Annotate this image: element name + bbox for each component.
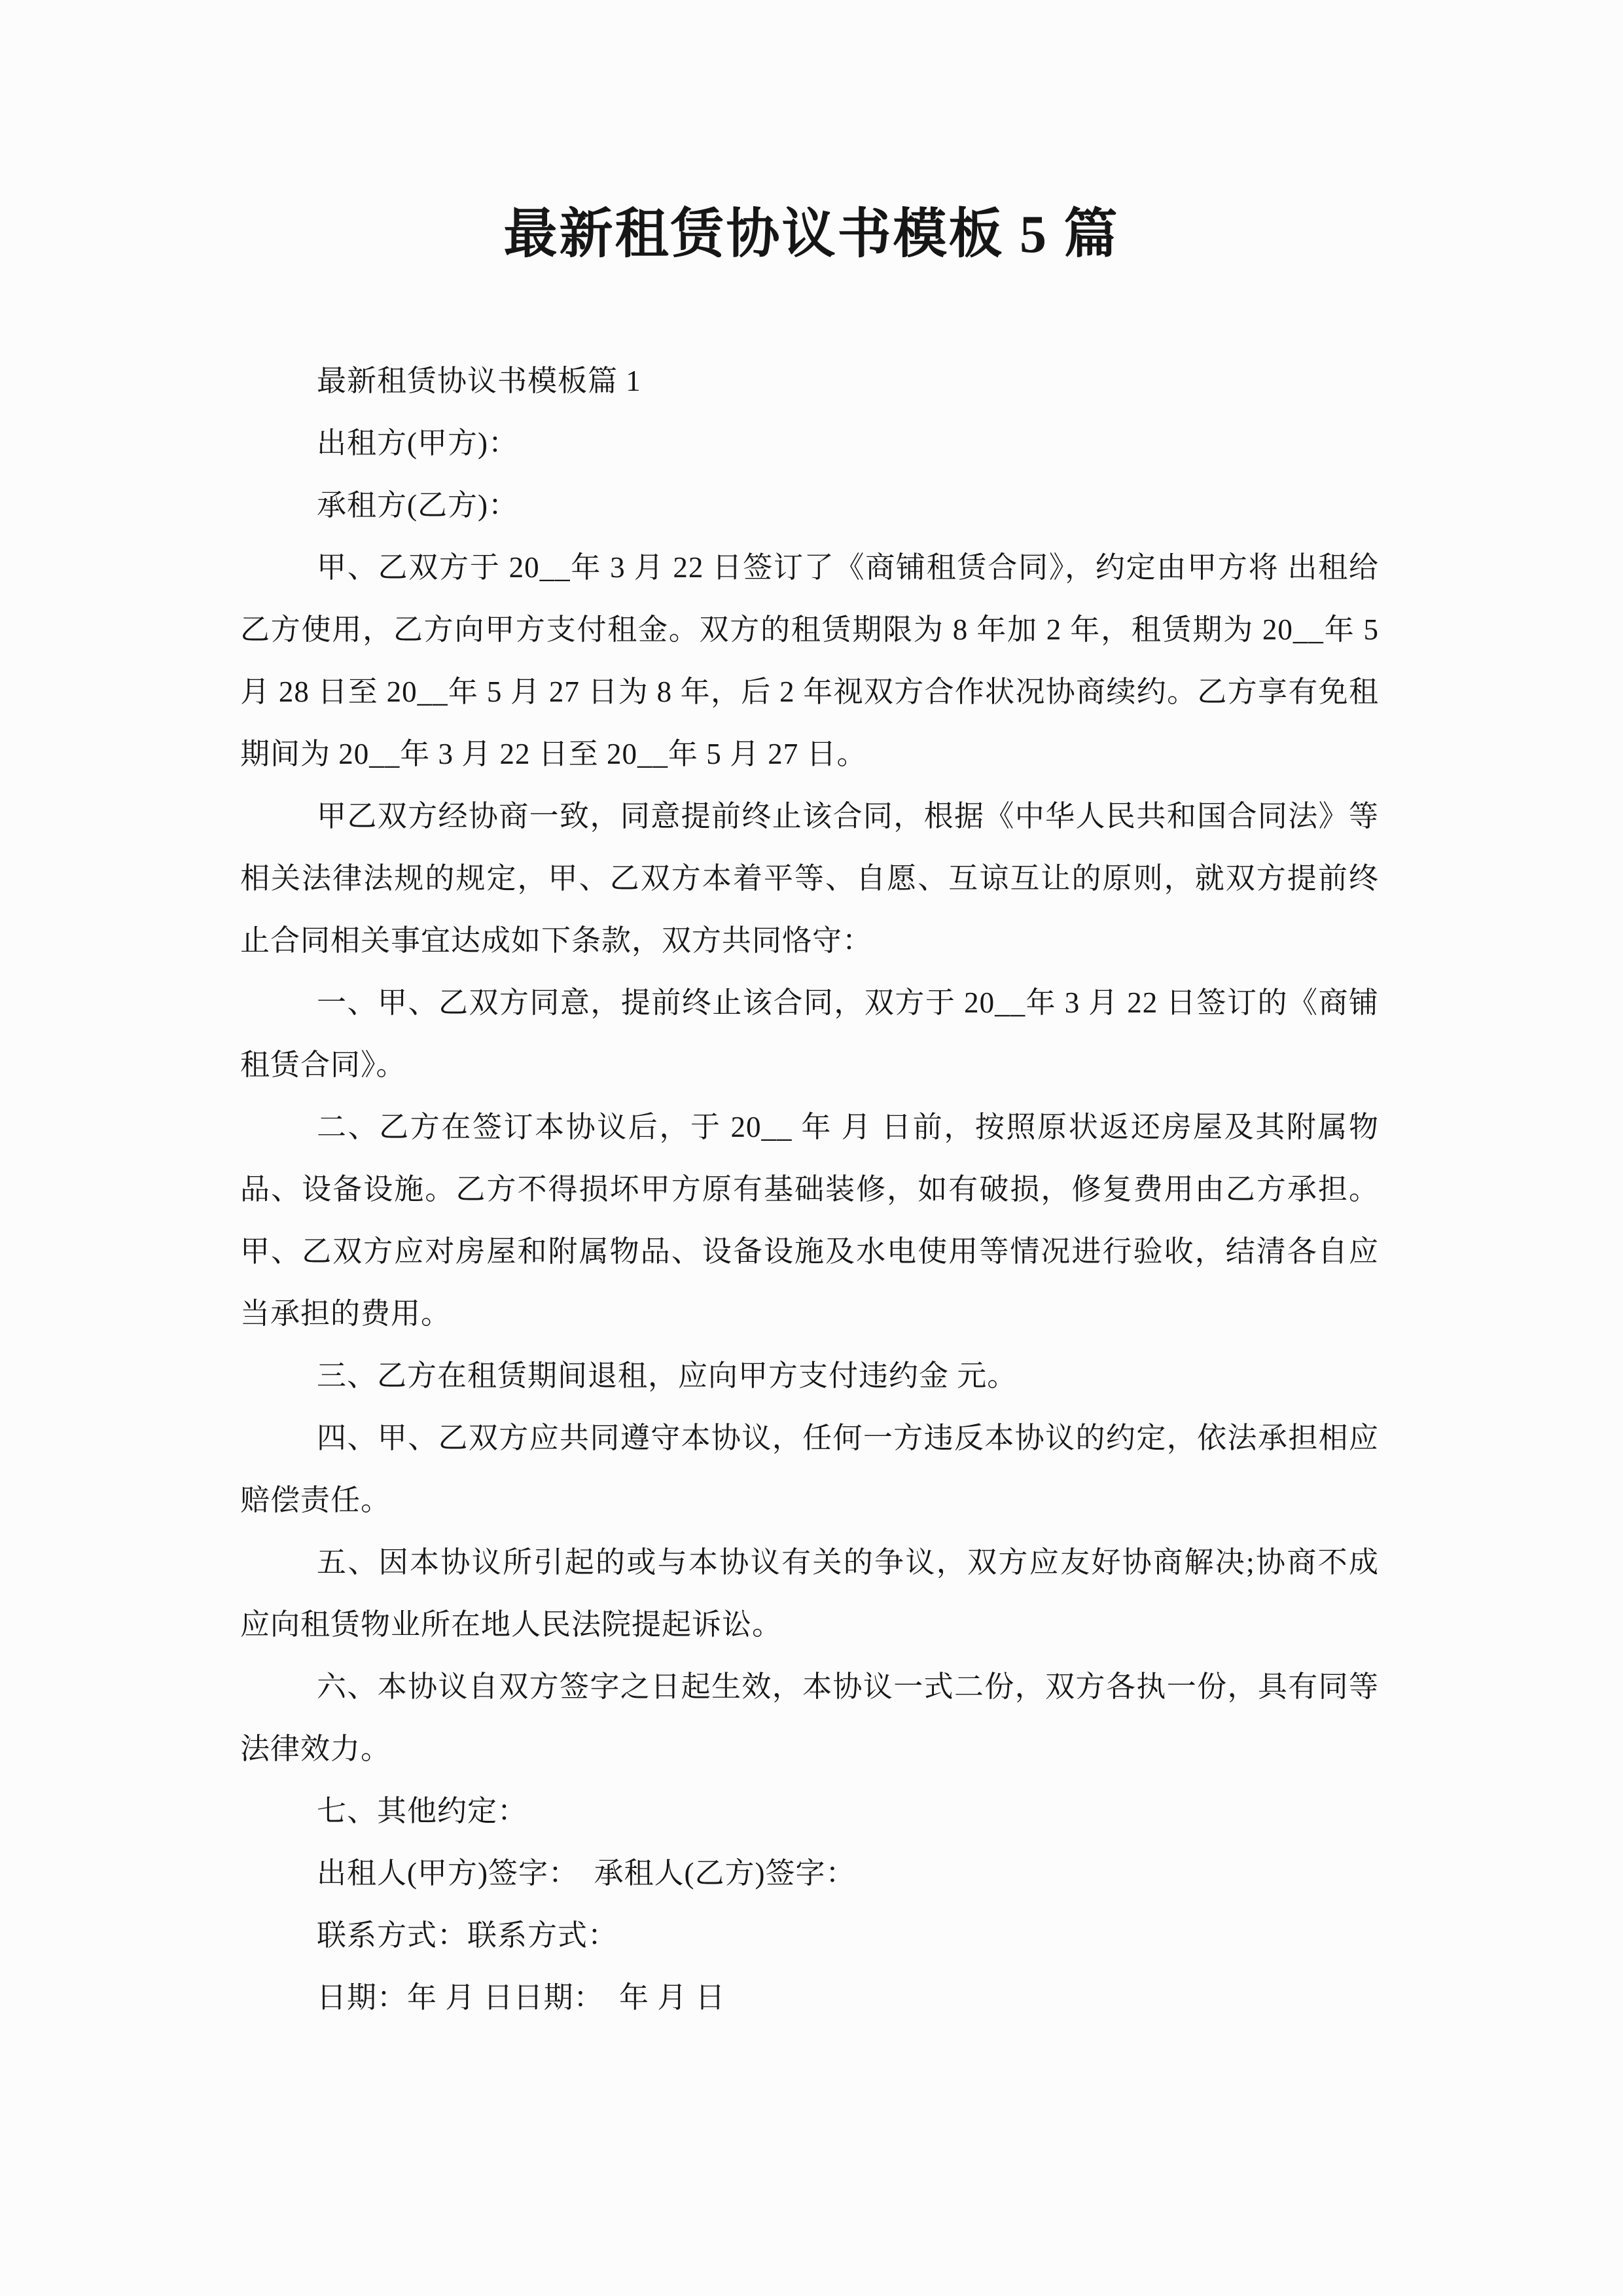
clause-5: 五、因本协议所引起的或与本协议有关的争议，双方应友好协商解决;协商不成应向租赁物… [240,1532,1379,1656]
clause-7: 七、其他约定： [240,1780,1379,1842]
signature-line: 出租人(甲方)签字： 承租人(乙方)签字： [240,1842,1379,1905]
lessee-party-line: 承租方(乙方)： [240,475,1379,537]
document-body: 最新租赁协议书模板篇 1 出租方(甲方)： 承租方(乙方)： 甲、乙双方于 20… [240,350,1379,2029]
paragraph-background: 甲、乙双方于 20__年 3 月 22 日签订了《商铺租赁合同》，约定由甲方将 … [240,537,1379,785]
clause-3: 三、乙方在租赁期间退租，应向甲方支付违约金 元。 [240,1345,1379,1407]
clause-4: 四、甲、乙双方应共同遵守本协议，任何一方违反本协议的约定，依法承担相应赔偿责任。 [240,1407,1379,1532]
paragraph-basis: 甲乙双方经协商一致，同意提前终止该合同，根据《中华人民共和国合同法》等相关法律法… [240,785,1379,972]
clause-1: 一、甲、乙双方同意，提前终止该合同，双方于 20__年 3 月 22 日签订的《… [240,972,1379,1096]
document-page: 最新租赁协议书模板 5 篇 最新租赁协议书模板篇 1 出租方(甲方)： 承租方(… [0,0,1623,2296]
contact-line: 联系方式：联系方式： [240,1905,1379,1967]
document-title: 最新租赁协议书模板 5 篇 [0,0,1623,266]
section-heading: 最新租赁协议书模板篇 1 [240,350,1379,412]
clause-6: 六、本协议自双方签字之日起生效，本协议一式二份，双方各执一份，具有同等法律效力。 [240,1656,1379,1780]
clause-2: 二、乙方在签订本协议后，于 20__ 年 月 日前，按照原状返还房屋及其附属物品… [240,1096,1379,1345]
date-line: 日期：年 月 日日期： 年 月 日 [240,1967,1379,2029]
lessor-party-line: 出租方(甲方)： [240,412,1379,475]
